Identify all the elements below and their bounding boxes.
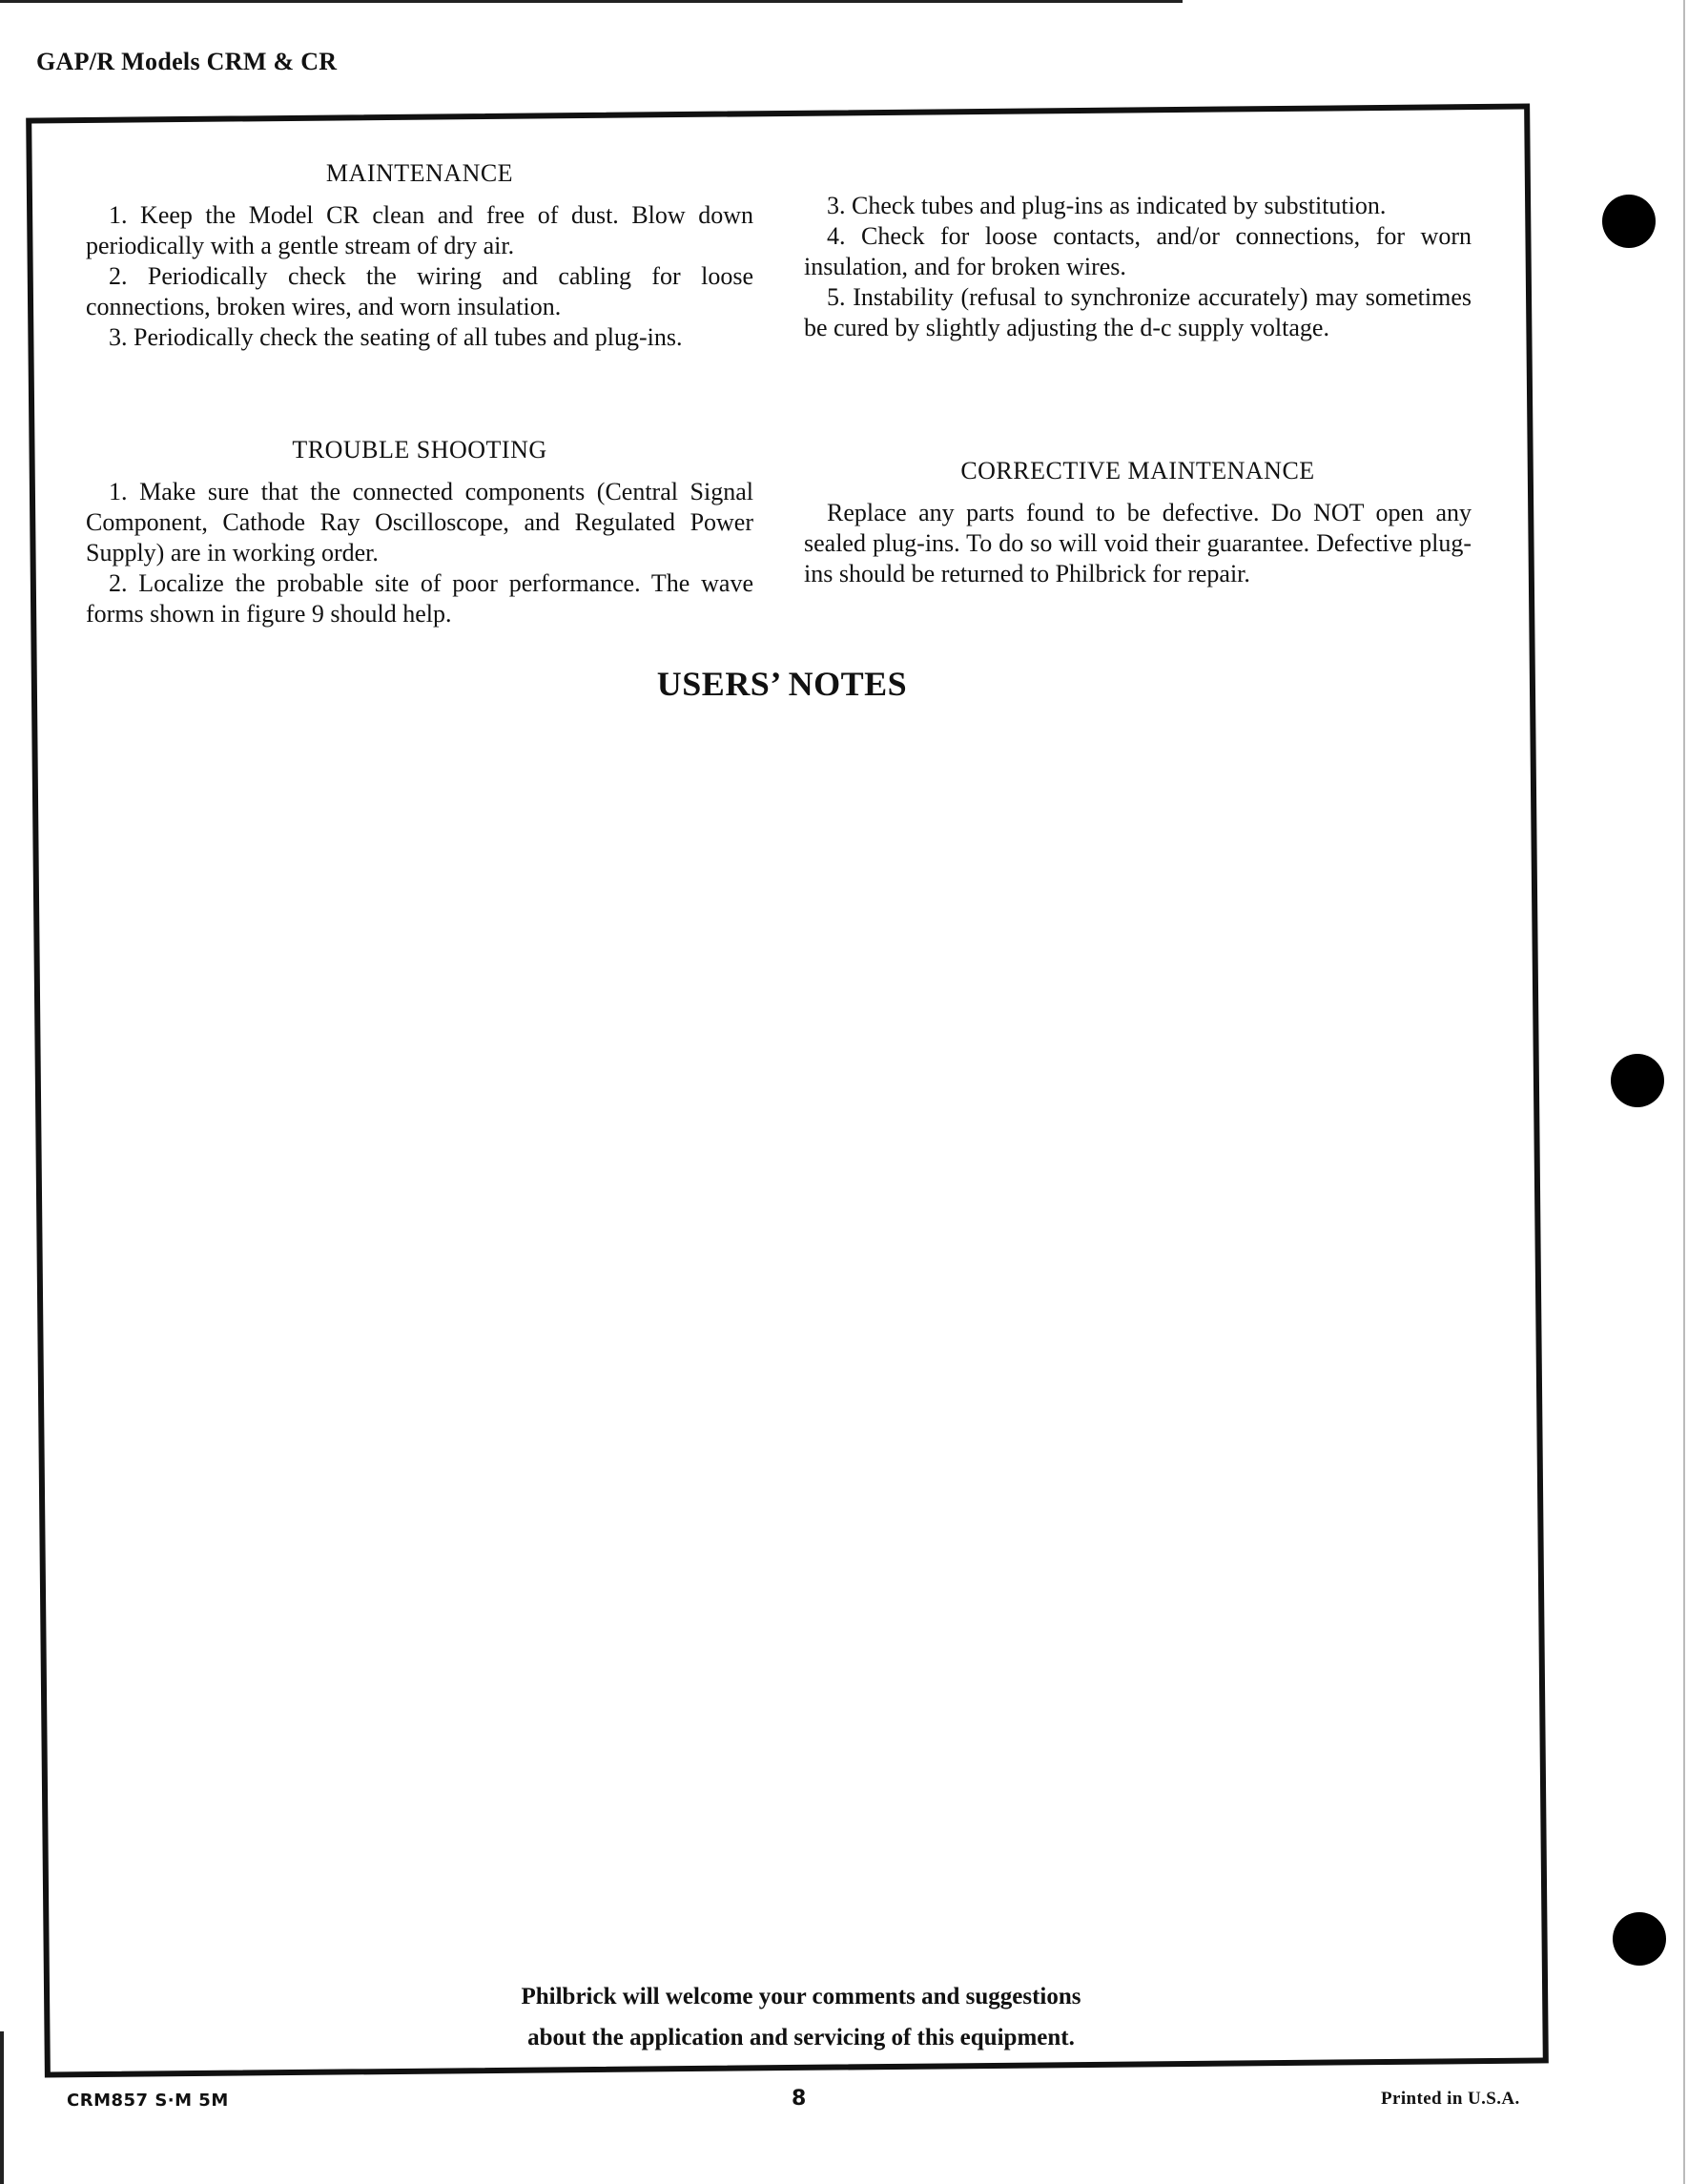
welcome-line-2: about the application and servicing of t…: [0, 2017, 1602, 2058]
footer-print-code: CRM857 S·M 5M: [67, 2091, 229, 2111]
footer-printed-in: Printed in U.S.A.: [1381, 2089, 1520, 2110]
corrective-maintenance-section: CORRECTIVE MAINTENANCE Replace any parts…: [804, 456, 1472, 589]
welcome-note: Philbrick will welcome your comments and…: [0, 1976, 1602, 2058]
users-notes-heading: USERS’ NOTES: [0, 664, 1564, 704]
trouble-shooting-section: TROUBLE SHOOTING 1. Make sure that the c…: [86, 435, 753, 629]
punch-hole-icon: [1602, 195, 1656, 248]
punch-hole-icon: [1611, 1054, 1664, 1107]
welcome-line-1: Philbrick will welcome your comments and…: [0, 1976, 1602, 2017]
trouble-shooting-item: 5. Instability (refusal to synchronize a…: [804, 282, 1472, 343]
trouble-shooting-item: 1. Make sure that the connected componen…: [86, 477, 753, 568]
trouble-shooting-item: 2. Localize the probable site of poor pe…: [86, 568, 753, 629]
content-frame: [26, 103, 1549, 2077]
scan-right-edge: [1683, 0, 1685, 2184]
scan-top-edge: [0, 0, 1183, 3]
maintenance-heading: MAINTENANCE: [86, 158, 753, 189]
maintenance-item: 2. Periodically check the wiring and cab…: [86, 261, 753, 322]
trouble-shooting-continued: 3. Check tubes and plug-ins as indicated…: [804, 191, 1472, 343]
running-head: GAP/R Models CRM & CR: [36, 48, 337, 76]
corrective-maintenance-text: Replace any parts found to be defective.…: [804, 498, 1472, 589]
maintenance-item: 3. Periodically check the seating of all…: [86, 322, 753, 353]
punch-hole-icon: [1613, 1912, 1666, 1966]
maintenance-section: MAINTENANCE 1. Keep the Model CR clean a…: [86, 158, 753, 353]
trouble-shooting-item: 3. Check tubes and plug-ins as indicated…: [804, 191, 1472, 221]
trouble-shooting-item: 4. Check for loose contacts, and/or conn…: [804, 221, 1472, 282]
trouble-shooting-heading: TROUBLE SHOOTING: [86, 435, 753, 465]
corrective-maintenance-heading: CORRECTIVE MAINTENANCE: [804, 456, 1472, 486]
page-number: 8: [792, 2087, 806, 2111]
maintenance-item: 1. Keep the Model CR clean and free of d…: [86, 200, 753, 261]
